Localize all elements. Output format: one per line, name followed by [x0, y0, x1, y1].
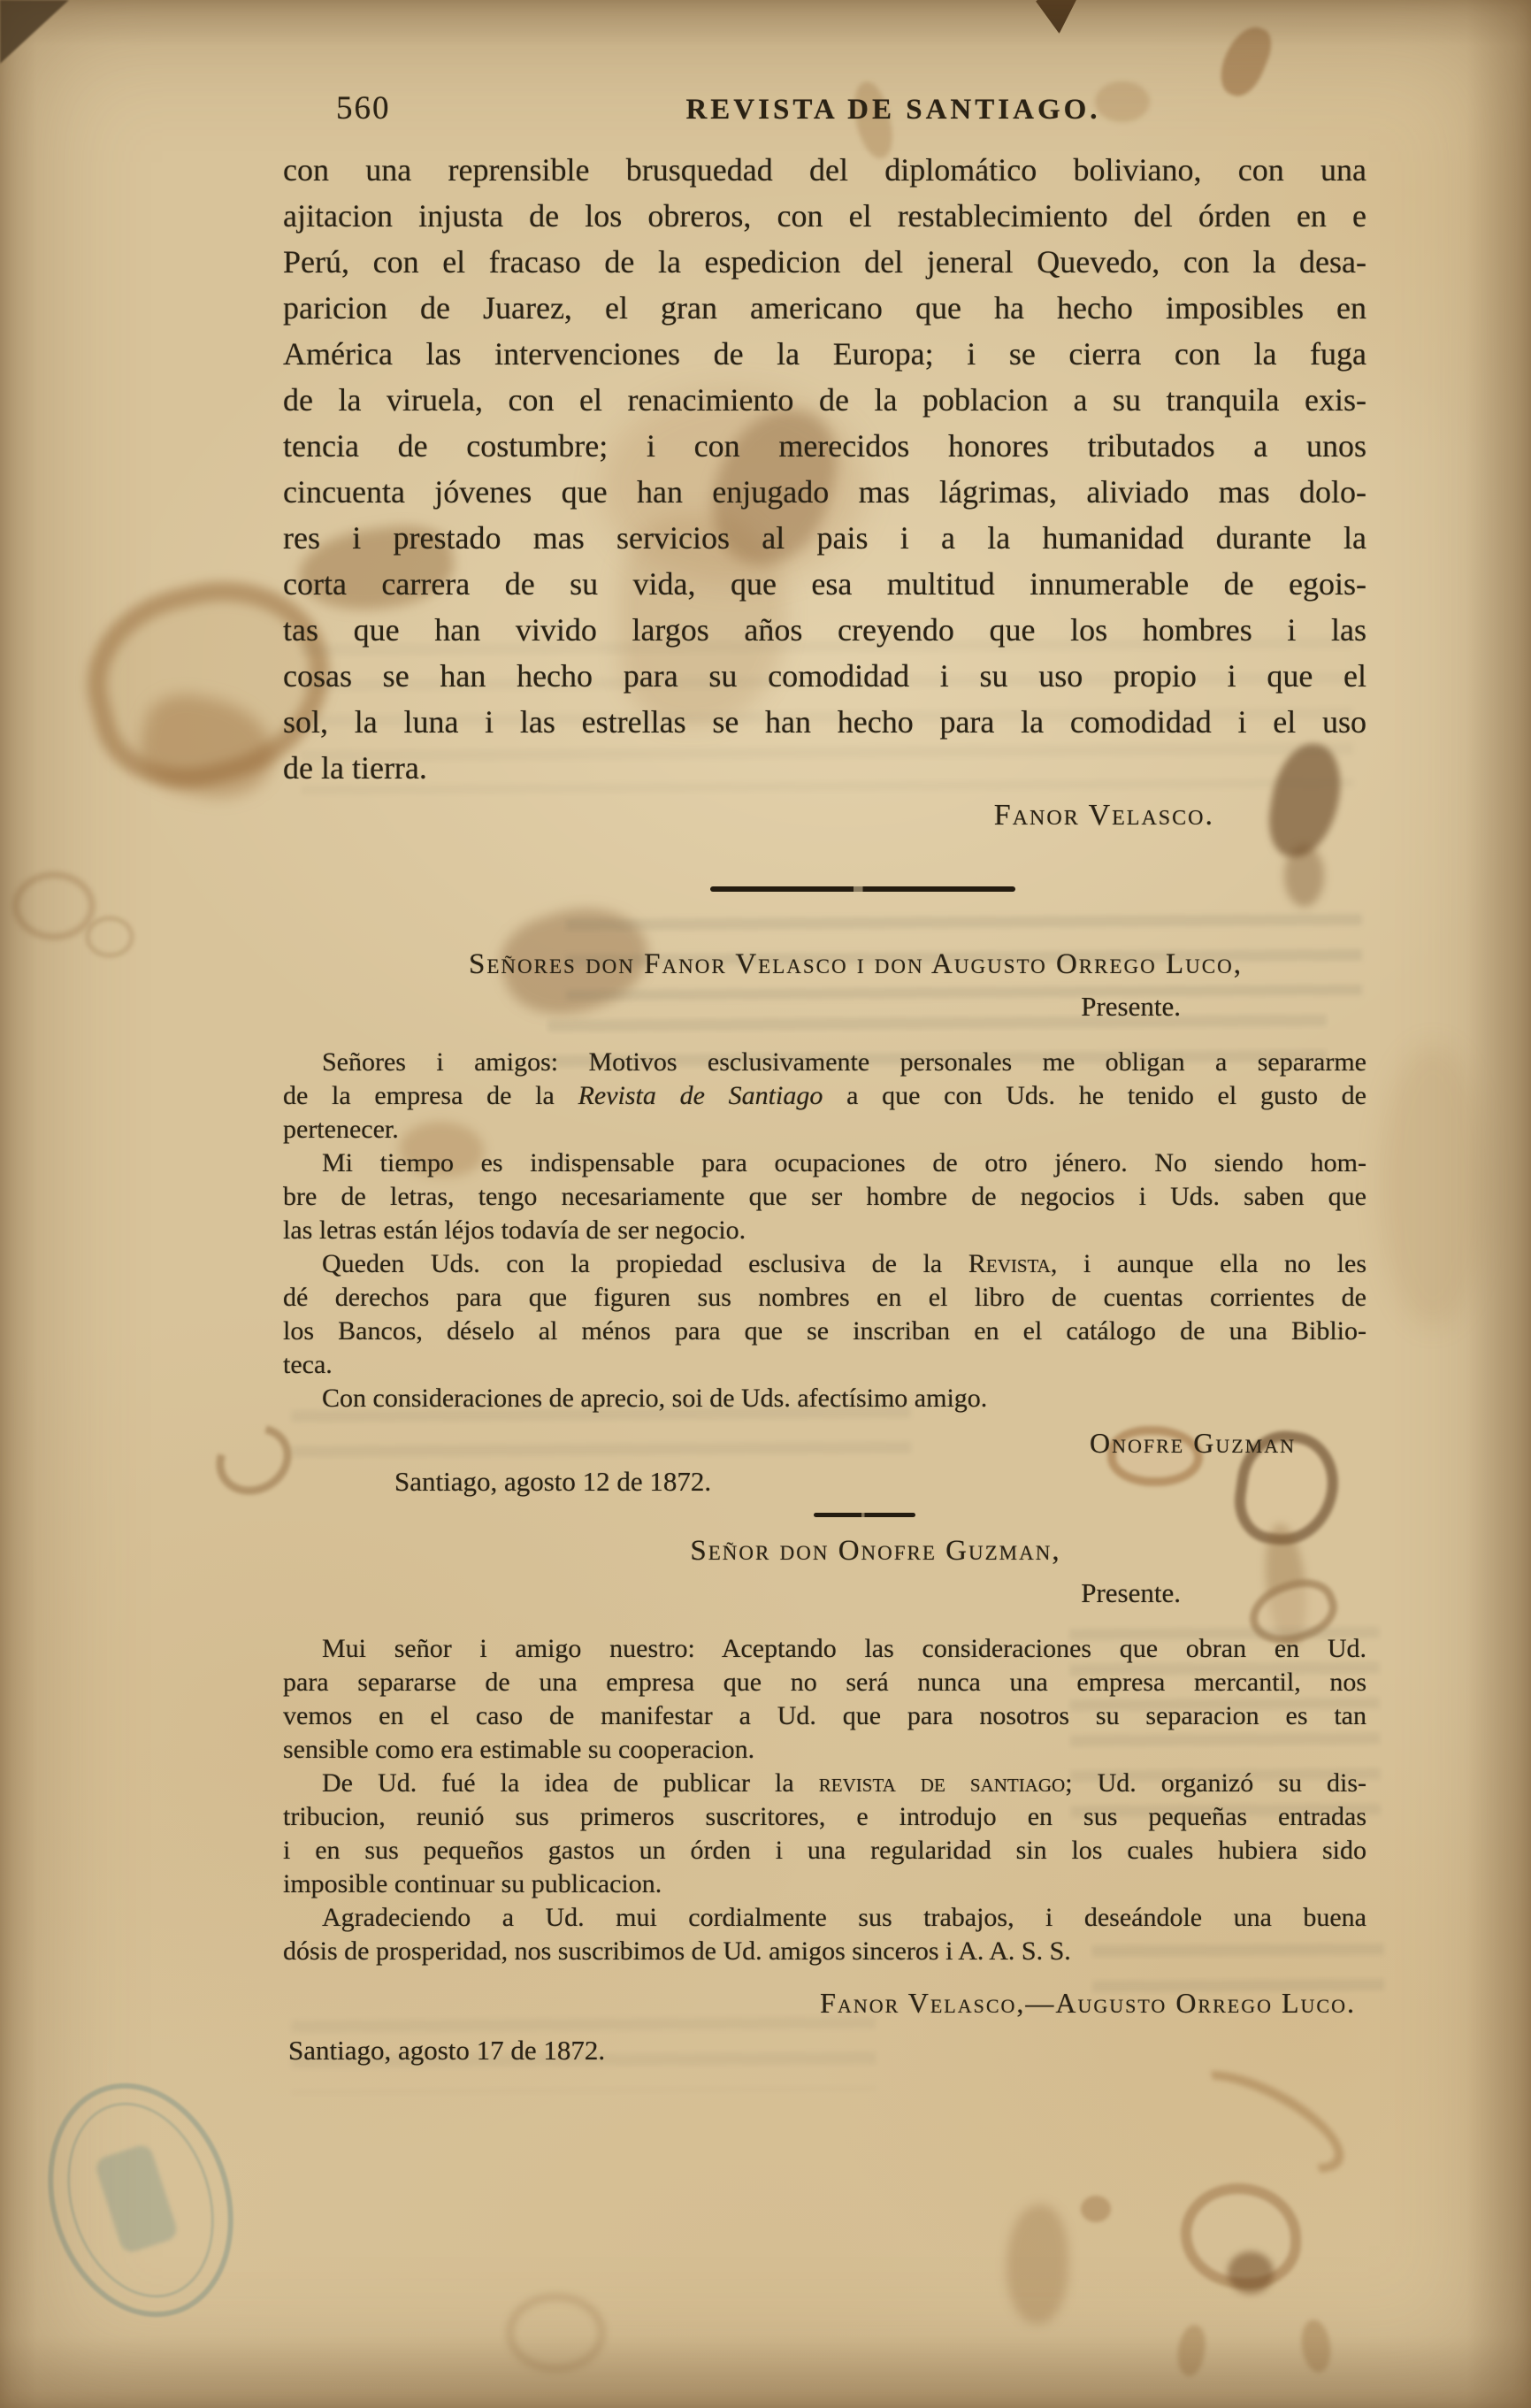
paper-stain — [506, 2293, 606, 2373]
letter2-signature: Fanor Velasco,—Augusto Orrego Luco. — [283, 1984, 1366, 2021]
letter2-paragraph-1: Mui señor i amigo nuestro: Aceptando las… — [283, 1632, 1366, 1767]
text-line: pertenecer. — [283, 1113, 1366, 1146]
text-line: corta carrera de su vida, que esa multit… — [283, 561, 1366, 607]
text-line: Mui señor i amigo nuestro: Aceptando las… — [283, 1632, 1366, 1666]
letter1-salutation: Señores don Fanor Velasco i don Augusto … — [283, 945, 1366, 984]
text-line: tribucion, reunió sus primeros suscritor… — [283, 1800, 1366, 1834]
paper-stain — [133, 686, 283, 809]
paper-stain — [12, 871, 96, 940]
text-line: dé derechos para que figuren sus nombres… — [283, 1281, 1366, 1315]
library-stamp — [19, 2059, 263, 2341]
paper-stain — [1007, 2205, 1068, 2324]
text-line: sensible como era estimable su cooperaci… — [283, 1733, 1366, 1767]
letter1-presente: Presente. — [283, 989, 1366, 1024]
paper-stain — [1172, 2051, 1358, 2192]
text-line: i en sus pequeños gastos un órden i una … — [283, 1834, 1366, 1867]
text-column: con una reprensible brusquedad del diplo… — [283, 0, 1366, 2069]
text-line: paricion de Juarez, el gran americano qu… — [283, 285, 1366, 331]
letter1-paragraph-3: Queden Uds. con la propiedad esclusiva d… — [283, 1247, 1366, 1382]
letter2-paragraph-2: De Ud. fué la idea de publicar la revist… — [283, 1767, 1366, 1901]
letter1-paragraph-1: Señores i amigos: Motivos esclusivamente… — [283, 1046, 1366, 1146]
text-line: cosas se han hecho para su comodidad i s… — [283, 653, 1366, 699]
essay-continuation: con una reprensible brusquedad del diplo… — [283, 147, 1366, 791]
letter1-signature: Onofre Guzman — [283, 1424, 1366, 1461]
letter-divider — [814, 1513, 915, 1517]
text-line: Mi tiempo es indispensable para ocupacio… — [283, 1146, 1366, 1180]
paper-stain — [1181, 2183, 1301, 2289]
text-line: para separarse de una empresa que no ser… — [283, 1666, 1366, 1699]
text-line: vemos en el caso de manifestar a Ud. que… — [283, 1699, 1366, 1733]
scan-corner-fold — [0, 0, 69, 64]
paper-stain — [1174, 2323, 1209, 2378]
scanned-document-page: 560 REVISTA DE SANTIAGO. con una reprens… — [0, 0, 1531, 2408]
text-line: Perú, con el fracaso de la espedicion de… — [283, 239, 1366, 285]
letter2-salutation: Señor don Onofre Guzman, — [283, 1531, 1366, 1570]
letter1-paragraph-4: Con consideraciones de aprecio, soi de U… — [283, 1382, 1366, 1415]
text-line: América las intervenciones de la Europa;… — [283, 331, 1366, 377]
text-line: Queden Uds. con la propiedad esclusiva d… — [283, 1247, 1366, 1281]
letter1-paragraph-2: Mi tiempo es indispensable para ocupacio… — [283, 1146, 1366, 1247]
paper-stain — [1380, 1044, 1486, 1327]
letter2-dateline: Santiago, agosto 17 de 1872. — [288, 2032, 1366, 2069]
paper-stain — [1228, 2251, 1274, 2294]
text-line: De Ud. fué la idea de publicar la revist… — [283, 1767, 1366, 1800]
section-divider — [710, 886, 1015, 892]
text-line: ajitacion injusta de los obreros, con el… — [283, 193, 1366, 239]
text-line: imposible continuar su publicacion. — [283, 1867, 1366, 1901]
library-stamp-emblem — [94, 2143, 180, 2255]
letter2-paragraph-3: Agradeciendo a Ud. mui cordialmente sus … — [283, 1901, 1366, 1968]
text-line: con una reprensible brusquedad del diplo… — [283, 147, 1366, 193]
text-line: de la empresa de la Revista de Santiago … — [283, 1079, 1366, 1113]
text-line: Con consideraciones de aprecio, soi de U… — [283, 1382, 1366, 1415]
paper-stain — [85, 916, 134, 958]
paper-stain — [1081, 2196, 1111, 2222]
text-line: Señores i amigos: Motivos esclusivamente… — [283, 1046, 1366, 1079]
text-line: las letras están léjos todavía de ser ne… — [283, 1214, 1366, 1247]
text-line: Agradeciendo a Ud. mui cordialmente sus … — [283, 1901, 1366, 1935]
library-stamp-inner-ring — [43, 2083, 238, 2317]
text-line: tas que han vivido largos años creyendo … — [283, 607, 1366, 653]
text-line: de la tierra. — [283, 745, 1366, 791]
text-line: los Bancos, déselo al ménos para que se … — [283, 1315, 1366, 1348]
text-line: de la viruela, con el renacimiento de la… — [283, 377, 1366, 423]
text-line: teca. — [283, 1348, 1366, 1382]
essay-signature: Fanor Velasco. — [283, 796, 1366, 835]
text-line: res i prestado mas servicios al pais i a… — [283, 515, 1366, 561]
paper-stain — [1298, 2318, 1334, 2374]
text-line: sol, la luna i las estrellas se han hech… — [283, 699, 1366, 745]
text-line: bre de letras, tengo necesariamente que … — [283, 1180, 1366, 1214]
letter1-dateline: Santiago, agosto 12 de 1872. — [394, 1463, 1366, 1500]
text-line: dósis de prosperidad, nos suscribimos de… — [283, 1935, 1366, 1968]
text-line: tencia de costumbre; i con merecidos hon… — [283, 423, 1366, 469]
letter2-presente: Presente. — [283, 1576, 1366, 1611]
text-line: cincuenta jóvenes que han enjugado mas l… — [283, 469, 1366, 515]
